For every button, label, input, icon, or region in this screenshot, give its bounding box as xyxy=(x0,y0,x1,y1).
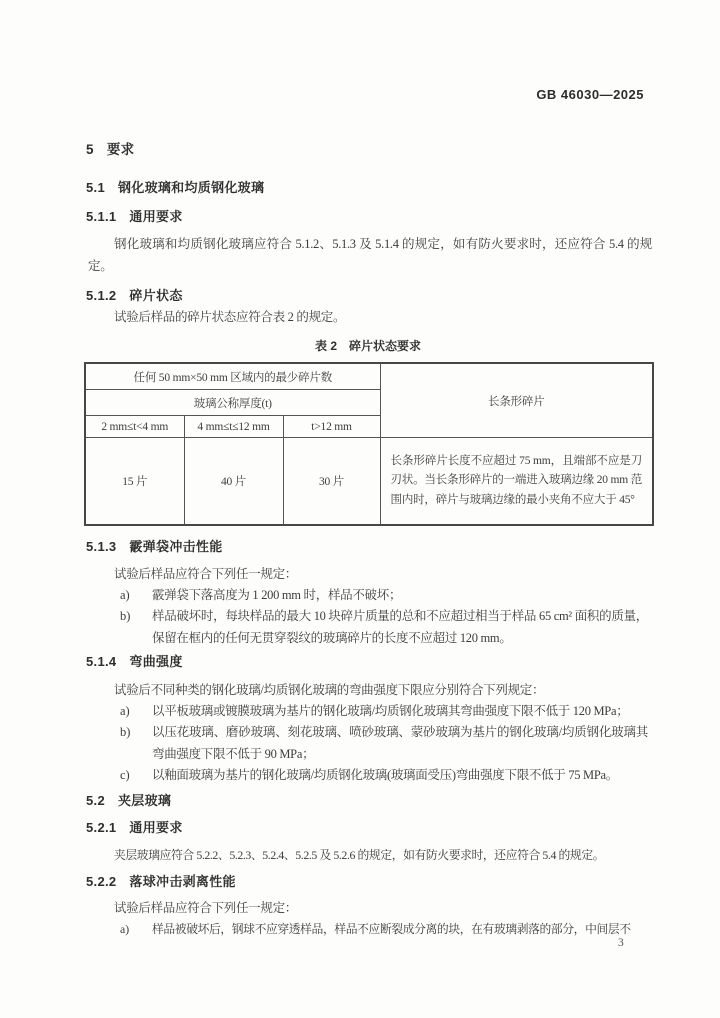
table-header-range-3: t>12 mm xyxy=(283,416,380,438)
section-heading-5-2: 5.2夹层玻璃 xyxy=(86,790,652,809)
section-number: 5.1 xyxy=(86,180,105,195)
section-heading-5-1-3: 5.1.3霰弹袋冲击性能 xyxy=(86,536,652,555)
section-title: 碎片状态 xyxy=(129,288,182,303)
list-text: 以平板玻璃或镀膜玻璃为基片的钢化玻璃/均质钢化玻璃其弯曲强度下限不低于 120 … xyxy=(152,704,628,718)
paragraph-5-1-1: 钢化玻璃和均质钢化玻璃应符合 5.1.2、5.1.3 及 5.1.4 的规定，如… xyxy=(88,234,652,277)
section-title: 通用要求 xyxy=(129,209,182,224)
list-text: 以釉面玻璃为基片的钢化玻璃/均质钢化玻璃(玻璃面受压)弯曲强度下限不低于 75 … xyxy=(152,768,618,782)
page-number: 3 xyxy=(618,937,624,949)
table-2-fragment-state: 任何 50 mm×50 mm 区域内的最少碎片数 长条形碎片 玻璃公称厚度(t)… xyxy=(84,362,654,526)
paragraph-5-1-2: 试验后样品的碎片状态应符合表 2 的规定。 xyxy=(88,307,652,329)
list-item-5-1-4-c: c)以釉面玻璃为基片的钢化玻璃/均质钢化玻璃(玻璃面受压)弯曲强度下限不低于 7… xyxy=(118,765,648,787)
list-label: b) xyxy=(120,606,130,628)
section-title: 夹层玻璃 xyxy=(118,793,171,808)
standard-code: GB 46030—2025 xyxy=(536,87,644,102)
section-title: 弯曲强度 xyxy=(129,654,182,669)
section-heading-5-2-1: 5.2.1通用要求 xyxy=(86,817,652,836)
section-title: 要求 xyxy=(107,142,135,157)
paragraph-5-1-3-intro: 试验后样品应符合下列任一规定： xyxy=(88,564,652,586)
table-header-range-1: 2 mm≤t<4 mm xyxy=(85,416,184,438)
section-number: 5.1.4 xyxy=(86,654,116,669)
section-number: 5 xyxy=(86,142,94,157)
list-label: c) xyxy=(120,765,130,787)
section-heading-5-1-4: 5.1.4弯曲强度 xyxy=(86,651,652,670)
table-header-nominal-thickness: 玻璃公称厚度(t) xyxy=(85,390,380,416)
list-item-5-1-4-b: b)以压花玻璃、磨砂玻璃、刻花玻璃、喷砂玻璃、蒙砂玻璃为基片的钢化玻璃/均质钢化… xyxy=(118,722,648,765)
document-page: GB 46030—2025 5要求 5.1钢化玻璃和均质钢化玻璃 5.1.1通用… xyxy=(0,0,720,1018)
paragraph-5-2-1: 夹层玻璃应符合 5.2.2、5.2.3、5.2.4、5.2.5 及 5.2.6 … xyxy=(88,845,652,867)
list-label: a) xyxy=(120,585,130,607)
section-heading-5-1: 5.1钢化玻璃和均质钢化玻璃 xyxy=(86,177,652,196)
table-cell-long-strip-requirement: 长条形碎片长度不应超过 75 mm，且端部不应是刀刃状。当长条形碎片的一端进入玻… xyxy=(380,438,653,526)
list-label: b) xyxy=(120,722,130,744)
section-number: 5.1.3 xyxy=(86,539,116,554)
table-title: 碎片状态要求 xyxy=(349,339,421,353)
section-heading-5-2-2: 5.2.2落球冲击剥离性能 xyxy=(86,871,652,890)
table-cell-count-1: 15 片 xyxy=(85,438,184,526)
list-text: 样品破坏时，每块样品的最大 10 块碎片质量的总和不应超过相当于样品 65 cm… xyxy=(152,609,648,645)
section-title: 通用要求 xyxy=(129,820,182,835)
list-item-5-2-2-a: a)样品被破坏后，钢球不应穿透样品，样品不应断裂成分离的块，在有玻璃剥落的部分，… xyxy=(118,919,648,941)
list-label: a) xyxy=(120,919,129,941)
section-title: 钢化玻璃和均质钢化玻璃 xyxy=(118,180,264,195)
table-number: 表 2 xyxy=(315,339,337,353)
list-text: 霰弹袋下落高度为 1 200 mm 时，样品不破坏； xyxy=(152,588,401,602)
paragraph-5-2-2-intro: 试验后样品应符合下列任一规定： xyxy=(88,898,652,920)
list-text: 样品被破坏后，钢球不应穿透样品，样品不应断裂成分离的块，在有玻璃剥落的部分，中间… xyxy=(152,922,631,936)
section-number: 5.2 xyxy=(86,793,105,808)
section-number: 5.2.2 xyxy=(86,874,116,889)
list-text: 以压花玻璃、磨砂玻璃、刻花玻璃、喷砂玻璃、蒙砂玻璃为基片的钢化玻璃/均质钢化玻璃… xyxy=(152,725,648,761)
section-heading-5-1-1: 5.1.1通用要求 xyxy=(86,206,652,225)
section-number: 5.1.1 xyxy=(86,209,116,224)
table-header-long-strip: 长条形碎片 xyxy=(380,363,653,438)
section-title: 霰弹袋冲击性能 xyxy=(129,539,222,554)
section-heading-5-1-2: 5.1.2碎片状态 xyxy=(86,285,652,304)
table-header-min-fragment-count: 任何 50 mm×50 mm 区域内的最少碎片数 xyxy=(85,363,380,390)
table-cell-count-3: 30 片 xyxy=(283,438,380,526)
table-cell-count-2: 40 片 xyxy=(184,438,283,526)
section-title: 落球冲击剥离性能 xyxy=(129,874,235,889)
list-item-5-1-3-b: b)样品破坏时，每块样品的最大 10 块碎片质量的总和不应超过相当于样品 65 … xyxy=(118,606,648,649)
paragraph-5-1-4-intro: 试验后不同种类的钢化玻璃/均质钢化玻璃的弯曲强度下限应分别符合下列规定： xyxy=(88,680,652,702)
table-header-range-2: 4 mm≤t≤12 mm xyxy=(184,416,283,438)
table-caption: 表 2碎片状态要求 xyxy=(84,337,652,354)
list-item-5-1-3-a: a)霰弹袋下落高度为 1 200 mm 时，样品不破坏； xyxy=(118,585,648,607)
section-number: 5.2.1 xyxy=(86,820,116,835)
section-heading-5: 5要求 xyxy=(86,138,652,158)
section-number: 5.1.2 xyxy=(86,288,116,303)
list-item-5-1-4-a: a)以平板玻璃或镀膜玻璃为基片的钢化玻璃/均质钢化玻璃其弯曲强度下限不低于 12… xyxy=(118,701,648,723)
list-label: a) xyxy=(120,701,130,723)
